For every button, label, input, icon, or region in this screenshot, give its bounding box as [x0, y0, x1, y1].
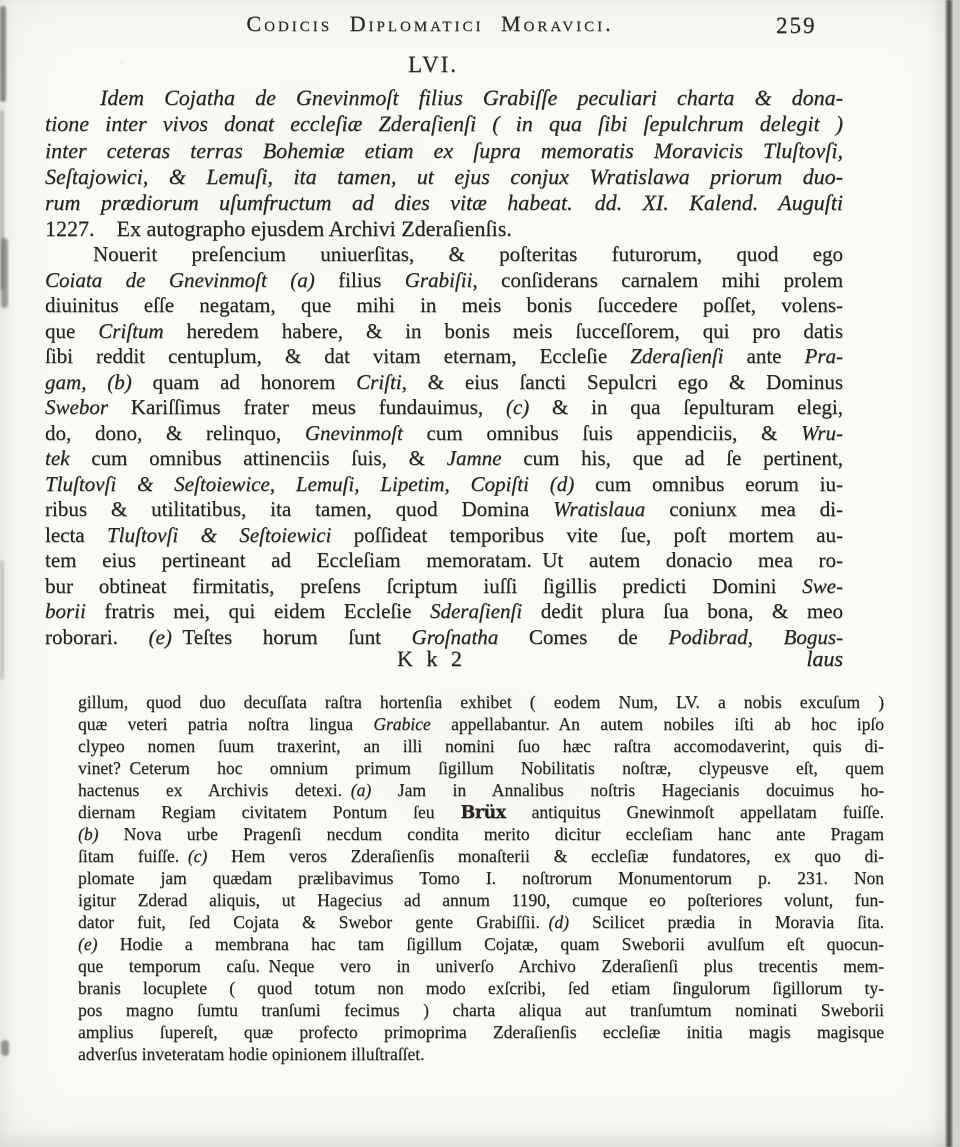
italic-text: Seſtajowici, & Lemuſi, ita tamen, ut eju… [45, 164, 843, 189]
roman-text: Nova urbe Pragenſi necdum condita merito… [98, 824, 884, 844]
roman-text: cum omnibus eorum iu- [574, 472, 843, 496]
roman-text: plomate jam quædam prælibavimus Tomo I. … [78, 868, 884, 888]
roman-text: ſitam fuiſſe. [78, 846, 188, 866]
roman-text: Teſtes horum ſunt [172, 625, 412, 649]
italic-text: (b) [78, 824, 98, 844]
text-line: clypeo nomen ſuum traxerint, an illi nom… [78, 736, 884, 758]
italic-text: Bogus- [784, 625, 844, 649]
roman-text: coniunx mea di- [645, 497, 843, 521]
text-line: amplius ſupereſt, quæ profecto primoprim… [78, 1022, 884, 1044]
text-line: Coiata de Gnevinmoſt (a) filius Grabiſii… [45, 268, 843, 294]
text-line: dator fuit, ſed Cojata & Swebor gente Gr… [78, 912, 884, 934]
scan-edge-line [945, 0, 953, 1147]
italic-text: Swe- [802, 574, 843, 598]
text-line: hactenus ex Archivis detexi. (a) Jam in … [78, 780, 884, 802]
text-line: do, dono, & relinquo, Gnevinmoſt cum omn… [45, 421, 843, 447]
italic-text: Criſtum [98, 319, 163, 343]
text-line: gam, (b) quam ad honorem Criſti, & eius … [45, 370, 843, 396]
roman-text: hactenus ex Archivis detexi. [78, 780, 351, 800]
italic-text: Criſti [356, 370, 402, 394]
italic-text: (e) [78, 934, 97, 954]
roman-text: ſibi reddit centuplum, & dat vitam etern… [45, 344, 630, 368]
roman-text: gillum, quod duo decuſſata raſtra horten… [78, 692, 884, 712]
text-line: rum prædiorum uſumfructum ad dies vitæ h… [45, 190, 843, 216]
roman-text: roborari. [45, 625, 149, 649]
roman-text: , conſiderans carnalem mihi prolem [472, 268, 843, 292]
text-line: Tluſtovſi & Seſtoiewice, Lemuſi, Lipetim… [45, 472, 843, 498]
roman-text: igitur Zderad aliquis, ut Hagecius ad an… [78, 890, 884, 910]
charter-body-text: Nouerit preſencium uniuerſitas, & poſter… [45, 242, 843, 650]
text-line: ſibi reddit centuplum, & dat vitam etern… [45, 344, 843, 370]
text-line: que temporum caſu. Neque vero in univerſ… [78, 956, 884, 978]
italic-text: Tluſtovſi & Seſtoiewici [107, 523, 331, 547]
scan-smudge [1, 238, 8, 308]
italic-text: Sderaſienſi [430, 599, 522, 623]
text-line: diernam Regiam civitatem Pontum ſeu Brüx… [78, 802, 884, 825]
roman-text: Comes de [498, 625, 668, 649]
text-line: diuinitus eſſe negatam, que mihi in meis… [45, 293, 843, 319]
catchline: K k 2 laus [45, 646, 843, 674]
charter-summary: Idem Cojatha de Gnevinmoſt filius Grabiſ… [45, 85, 843, 243]
italic-text: Gnevinmoſt [305, 421, 403, 445]
italic-text: rum prædiorum uſumfructum ad dies vitæ h… [45, 190, 843, 215]
italic-text: tione inter vivos donat eccleſiæ Zderaſi… [45, 111, 843, 136]
scan-edge-margin [953, 0, 960, 1147]
roman-text: branis locuplete ( quod totum non modo e… [78, 978, 884, 998]
scanned-book-page: Codicis Diplomatici Moravici. 259 LVI. I… [0, 0, 960, 1147]
roman-text: appellabantur. An autem nobiles iſti ab … [431, 714, 884, 734]
text-line: borii fratris mei, qui eidem Eccleſie Sd… [45, 599, 843, 625]
page-number: 259 [776, 13, 817, 39]
roman-text: filius [315, 268, 405, 292]
roman-text: dedit plura ſua bona, & meo [522, 599, 843, 623]
roman-text: vinet? Ceterum hoc omnium primum ſigillu… [78, 758, 884, 778]
italic-text: (e) [149, 625, 172, 649]
roman-text: diernam Regiam civitatem Pontum ſeu [78, 802, 460, 822]
italic-text: borii [45, 599, 86, 623]
scan-smudge [0, 560, 4, 680]
italic-text: (d) [549, 912, 569, 932]
roman-text: que temporum caſu. Neque vero in univerſ… [78, 956, 884, 976]
roman-text: tem eius pertineant ad Eccleſiam memorat… [45, 548, 843, 572]
roman-text: Kariſſimus frater meus fundauimus, [108, 395, 506, 419]
roman-text: dator fuit, ſed Cojata & Swebor gente Gr… [78, 912, 549, 932]
italic-text: Zderaſienſi [630, 344, 723, 368]
roman-text: Hem veros Zderaſienſis monaſterii & eccl… [207, 846, 884, 866]
roman-text: cum omnibus attinenciis ſuis, & [69, 446, 446, 470]
text-line: ſitam fuiſſe. (c) Hem veros Zderaſienſis… [78, 846, 884, 868]
roman-text: heredem habere, & in bonis meis ſucceſſo… [164, 319, 843, 343]
italic-text: Wratislaua [553, 497, 645, 521]
italic-text: Idem Cojatha de Gnevinmoſt filius Grabiſ… [100, 85, 843, 110]
roman-text: cum omnibus ſuis appendiciis, & [403, 421, 801, 445]
italic-text: Grabice [373, 714, 430, 734]
italic-text: Podibrad [668, 625, 747, 649]
roman-text: do, dono, & relinquo, [45, 421, 305, 445]
italic-text: Tluſtovſi & Seſtoiewice, Lemuſi, Lipetim… [45, 472, 574, 496]
roman-text: diuinitus eſſe negatam, que mihi in meis… [45, 293, 843, 317]
roman-text: ribus & utilitatibus, ita tamen, quod Do… [45, 497, 553, 521]
italic-text: tek [45, 446, 69, 470]
italic-text: (a) [351, 780, 371, 800]
italic-text: (c) [188, 846, 207, 866]
text-line: igitur Zderad aliquis, ut Hagecius ad an… [78, 890, 884, 912]
scan-smudge [1, 1040, 9, 1056]
text-line: lecta Tluſtovſi & Seſtoiewici poſſideat … [45, 523, 843, 549]
roman-text: cum his, que ad ſe pertinent, [501, 446, 843, 470]
scan-smudge [0, 6, 6, 102]
italic-text: Grabiſii [405, 268, 473, 292]
text-line: adverſus inveteratam hodie opinionem ill… [78, 1044, 884, 1066]
italic-text: Jamne [447, 446, 502, 470]
quire-signature: K k 2 [397, 646, 466, 672]
text-line: tek cum omnibus attinenciis ſuis, & Jamn… [45, 446, 843, 472]
italic-text: Swebor [45, 395, 108, 419]
roman-text: antiquitus Gnewinmoſt appellatam fuiſſe. [506, 802, 884, 822]
italic-text: Coiata de Gnevinmoſt (a) [45, 268, 315, 292]
italic-text: (c) [506, 395, 529, 419]
text-line: 1227. Ex autographo ejusdem Archivi Zder… [45, 216, 843, 242]
footnotes-block: gillum, quod duo decuſſata raſtra horten… [78, 692, 884, 1065]
roman-text: lecta [45, 523, 107, 547]
roman-text: , & eius ſancti Sepulcri ego & Dominus [402, 370, 843, 394]
text-line: gillum, quod duo decuſſata raſtra horten… [78, 692, 884, 714]
italic-text: Pra- [805, 344, 844, 368]
running-title: Codicis Diplomatici Moravici. [0, 11, 860, 37]
roman-text: quæ veteri patria noſtra lingua [78, 714, 373, 734]
italic-text: gam, (b) [45, 370, 132, 394]
text-line: Idem Cojatha de Gnevinmoſt filius Grabiſ… [45, 85, 843, 111]
roman-text: Nouerit preſencium uniuerſitas, & poſter… [93, 242, 843, 266]
roman-text: pos magno ſumtu tranſumi fecimus ) chart… [78, 1000, 884, 1020]
roman-text: 1227. Ex autographo ejusdem Archivi Zder… [45, 216, 512, 241]
roman-text: adverſus inveteratam hodie opinionem ill… [78, 1044, 425, 1064]
text-line: tem eius pertineant ad Eccleſiam memorat… [45, 548, 843, 574]
text-line: Swebor Kariſſimus frater meus fundauimus… [45, 395, 843, 421]
text-line: vinet? Ceterum hoc omnium primum ſigillu… [78, 758, 884, 780]
roman-text: amplius ſupereſt, quæ profecto primoprim… [78, 1022, 884, 1042]
roman-text: , [748, 625, 784, 649]
text-line: bur obtineat firmitatis, preſens ſcriptu… [45, 574, 843, 600]
text-line: ribus & utilitatibus, ita tamen, quod Do… [45, 497, 843, 523]
text-line: pos magno ſumtu tranſumi fecimus ) chart… [78, 1000, 884, 1022]
text-line: quæ veteri patria noſtra lingua Grabice … [78, 714, 884, 736]
roman-text: clypeo nomen ſuum traxerint, an illi nom… [78, 736, 884, 756]
text-line: plomate jam quædam prælibavimus Tomo I. … [78, 868, 884, 890]
roman-text: ante [724, 344, 805, 368]
text-line: que Criſtum heredem habere, & in bonis m… [45, 319, 843, 345]
roman-text: quam ad honorem [132, 370, 356, 394]
roman-text: & in qua ſepulturam elegi, [529, 395, 843, 419]
roman-text: poſſideat temporibus vite ſue, poſt mort… [331, 523, 843, 547]
text-line: tione inter vivos donat eccleſiæ Zderaſi… [45, 111, 843, 137]
text-line: (e) Hodie a membrana hac tam ſigillum Co… [78, 934, 884, 956]
roman-text: bur obtineat firmitatis, preſens ſcriptu… [45, 574, 802, 598]
catchword: laus [806, 646, 843, 672]
italic-text: Groſnatha [412, 625, 499, 649]
text-line: branis locuplete ( quod totum non modo e… [78, 978, 884, 1000]
text-line: Nouerit preſencium uniuerſitas, & poſter… [45, 242, 843, 268]
italic-text: Wru- [801, 421, 843, 445]
roman-text: Jam in Annalibus noſtris Hagecianis docu… [371, 780, 884, 800]
italic-text: inter ceteras terras Bohemiæ etiam ex ſu… [45, 138, 843, 163]
fraktur-text: Brüx [460, 803, 505, 823]
roman-text: que [45, 319, 98, 343]
text-line: (b) Nova urbe Pragenſi necdum condita me… [78, 824, 884, 846]
roman-text: fratris mei, qui eidem Eccleſie [86, 599, 430, 623]
text-line: inter ceteras terras Bohemiæ etiam ex ſu… [45, 138, 843, 164]
roman-text: Hodie a membrana hac tam ſigillum Cojatæ… [97, 934, 884, 954]
text-line: Seſtajowici, & Lemuſi, ita tamen, ut eju… [45, 164, 843, 190]
section-numeral: LVI. [0, 52, 866, 78]
roman-text: Scilicet prædia in Moravia ſita. [569, 912, 884, 932]
